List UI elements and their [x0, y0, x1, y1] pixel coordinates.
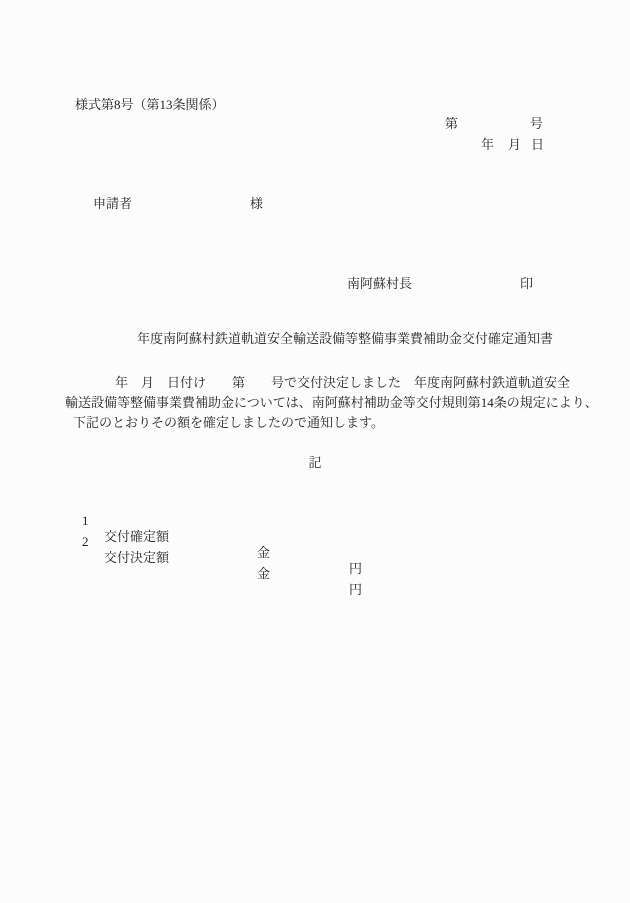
- date-year-label: 年: [481, 137, 494, 153]
- document-title: 年度南阿蘇村鉄道軌道安全輸送設備等整備事業費補助金交付確定通知書: [137, 331, 553, 347]
- item-amount-suffix: 円: [349, 561, 362, 577]
- document-number-suffix: 号: [530, 116, 543, 132]
- document-page: 様式第8号（第13条関係） 第 号 年 月 日 申請者 様 南阿蘇村長 印 年度…: [0, 0, 630, 903]
- list-item: 1 交付確定額 金 円: [0, 497, 630, 513]
- issuer-seal-mark: 印: [520, 276, 533, 292]
- item-number: 2: [82, 534, 89, 550]
- date-month-label: 月: [508, 137, 521, 153]
- form-number: 様式第8号（第13条関係）: [75, 97, 225, 113]
- issuer-title: 南阿蘇村長: [347, 276, 412, 292]
- applicant-label: 申請者: [93, 196, 132, 212]
- item-amount-prefix: 金: [257, 566, 270, 582]
- document-number-prefix: 第: [445, 116, 458, 132]
- item-label: 交付決定額: [104, 550, 169, 566]
- body-paragraph-line-2: 輸送設備等整備事業費補助金については、南阿蘇村補助金等交付規則第14条の規定によ…: [65, 395, 598, 411]
- item-amount-suffix: 円: [349, 582, 362, 598]
- list-item: 2 交付決定額 金 円: [0, 518, 630, 534]
- date-day-label: 日: [531, 137, 544, 153]
- body-paragraph-line-3: 下記のとおりその額を確定しましたので通知します。: [73, 415, 384, 431]
- item-amount-prefix: 金: [257, 545, 270, 561]
- record-heading: 記: [0, 455, 630, 471]
- applicant-honorific: 様: [250, 196, 263, 212]
- body-paragraph-line-1: 年 月 日付け 第 号で交付決定しました 年度南阿蘇村鉄道軌道安全: [63, 375, 570, 391]
